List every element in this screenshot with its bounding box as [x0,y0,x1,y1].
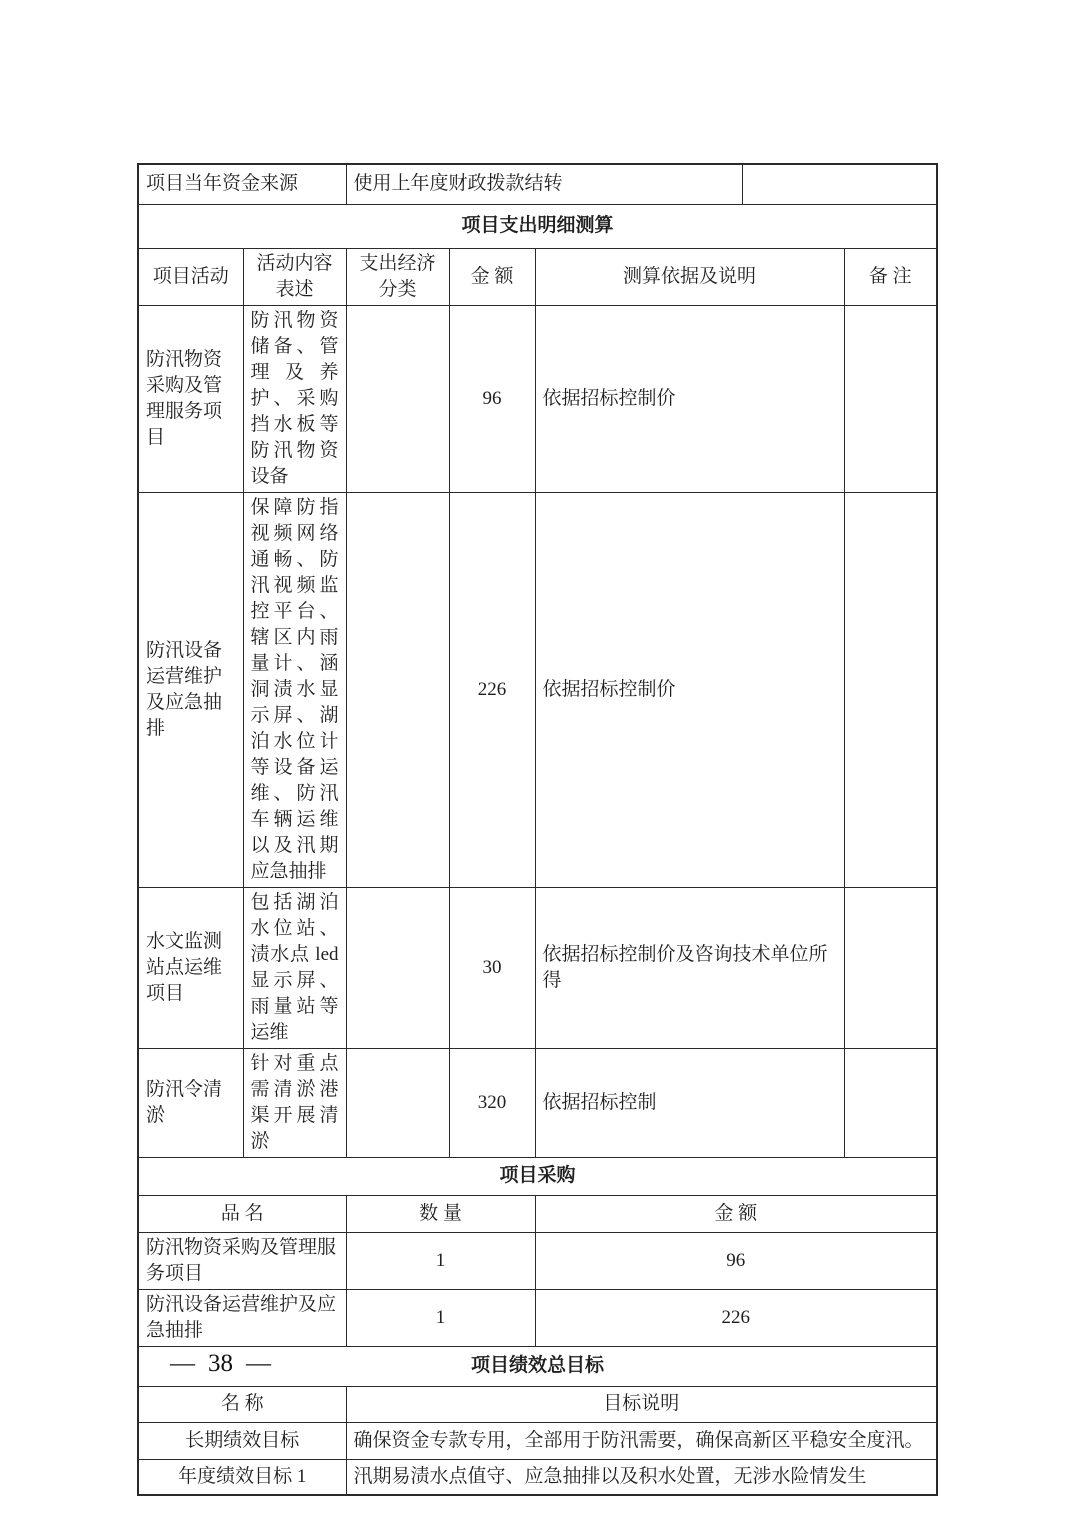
cell-activity: 防汛物资采购及管理服务项目 [138,305,243,492]
cell-remark [844,492,937,887]
document-page: 项目当年资金来源 使用上年度财政拨款结转 项目支出明细测算 项目活动 活动内容表… [0,0,1074,1520]
cell-item-name: 防汛物资采购及管理服务项目 [138,1232,346,1289]
expenditure-header-row: 项目活动 活动内容表述 支出经济分类 金 额 测算依据及说明 备 注 [138,248,937,305]
cell-proc-amount: 226 [535,1289,937,1346]
cell-amount: 226 [449,492,535,887]
cell-remark [844,305,937,492]
cell-basis: 依据招标控制 [535,1048,844,1157]
expenditure-row: 防汛设备运营维护及应急抽排 保障防指视频网络通畅、防汛视频监控平台、辖区内雨量计… [138,492,937,887]
page-number-left-dash: — [170,1350,195,1378]
cell-remark [844,887,937,1048]
header-proc-amount: 金 额 [535,1195,937,1232]
performance-row: 年度绩效目标 1 汛期易渍水点值守、应急抽排以及积水处置，无涉水险情发生 [138,1459,937,1495]
header-remark: 备 注 [844,248,937,305]
procurement-row: 防汛物资采购及管理服务项目 1 96 [138,1232,937,1289]
header-goal-description: 目标说明 [346,1386,937,1422]
expenditure-row: 水文监测站点运维项目 包括湖泊水位站、渍水点 led 显示屏、雨量站等运维 30… [138,887,937,1048]
cell-description: 防汛物资储备、管理及养护、采购挡水板等防汛物资设备 [243,305,346,492]
funding-source-row: 项目当年资金来源 使用上年度财政拨款结转 [138,164,937,204]
cell-description: 针对重点需清淤港渠开展清淤 [243,1048,346,1157]
cell-item-name: 防汛设备运营维护及应急抽排 [138,1289,346,1346]
cell-activity: 防汛令清淤 [138,1048,243,1157]
cell-amount: 320 [449,1048,535,1157]
header-econ-class: 支出经济分类 [346,248,449,305]
cell-econ-class [346,305,449,492]
cell-activity: 水文监测站点运维项目 [138,887,243,1048]
procurement-title-row: 项目采购 [138,1157,937,1195]
cell-quantity: 1 [346,1289,535,1346]
cell-amount: 96 [449,305,535,492]
expenditure-row: 防汛令清淤 针对重点需清淤港渠开展清淤 320 依据招标控制 [138,1048,937,1157]
performance-header-row: 名 称 目标说明 [138,1386,937,1422]
cell-proc-amount: 96 [535,1232,937,1289]
page-number-right-dash: — [246,1350,271,1378]
funding-source-empty-cell [742,164,937,204]
cell-basis: 依据招标控制价 [535,492,844,887]
header-description: 活动内容表述 [243,248,346,305]
header-amount: 金 额 [449,248,535,305]
page-number-value: 38 [208,1350,233,1378]
header-item-name: 品 名 [138,1195,346,1232]
cell-goal-description: 确保资金专款专用，全部用于防汛需要，确保高新区平稳安全度汛。 [346,1422,937,1459]
header-basis: 测算依据及说明 [535,248,844,305]
cell-econ-class [346,887,449,1048]
cell-remark [844,1048,937,1157]
expenditure-section-title: 项目支出明细测算 [138,204,937,248]
cell-amount: 30 [449,887,535,1048]
header-quantity: 数 量 [346,1195,535,1232]
cell-activity: 防汛设备运营维护及应急抽排 [138,492,243,887]
performance-row: 长期绩效目标 确保资金专款专用，全部用于防汛需要，确保高新区平稳安全度汛。 [138,1422,937,1459]
procurement-row: 防汛设备运营维护及应急抽排 1 226 [138,1289,937,1346]
funding-source-value: 使用上年度财政拨款结转 [346,164,742,204]
cell-goal-description: 汛期易渍水点值守、应急抽排以及积水处置，无涉水险情发生 [346,1459,937,1495]
page-number: — 38 — [170,1350,271,1378]
header-goal-name: 名 称 [138,1386,346,1422]
budget-detail-table: 项目当年资金来源 使用上年度财政拨款结转 项目支出明细测算 项目活动 活动内容表… [137,163,938,1496]
header-activity: 项目活动 [138,248,243,305]
expenditure-title-row: 项目支出明细测算 [138,204,937,248]
cell-quantity: 1 [346,1232,535,1289]
procurement-section-title: 项目采购 [138,1157,937,1195]
expenditure-row: 防汛物资采购及管理服务项目 防汛物资储备、管理及养护、采购挡水板等防汛物资设备 … [138,305,937,492]
cell-basis: 依据招标控制价及咨询技术单位所得 [535,887,844,1048]
funding-source-label: 项目当年资金来源 [138,164,346,204]
procurement-header-row: 品 名 数 量 金 额 [138,1195,937,1232]
cell-description: 包括湖泊水位站、渍水点 led 显示屏、雨量站等运维 [243,887,346,1048]
cell-goal-name: 长期绩效目标 [138,1422,346,1459]
cell-econ-class [346,1048,449,1157]
cell-econ-class [346,492,449,887]
cell-basis: 依据招标控制价 [535,305,844,492]
cell-goal-name: 年度绩效目标 1 [138,1459,346,1495]
cell-description: 保障防指视频网络通畅、防汛视频监控平台、辖区内雨量计、涵洞渍水显示屏、湖泊水位计… [243,492,346,887]
